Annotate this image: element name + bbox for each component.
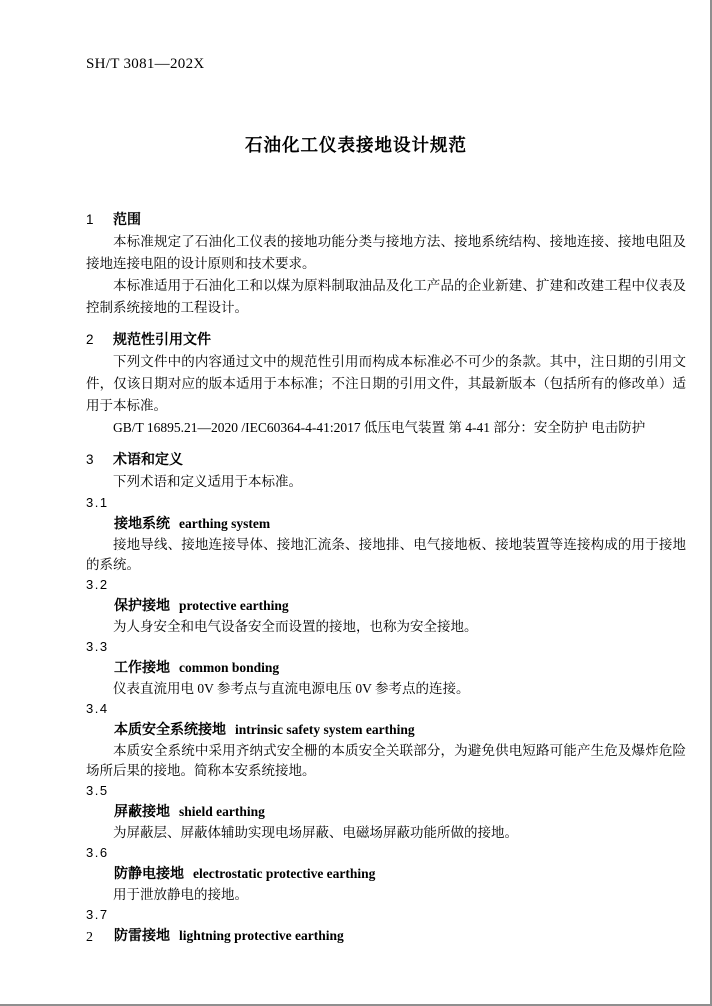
term-chinese: 防静电接地	[114, 865, 184, 881]
term-heading: 接地系统earthing system	[86, 513, 686, 535]
standard-code: SH/T 3081—202X	[86, 54, 686, 74]
term-chinese: 屏蔽接地	[114, 803, 170, 819]
term-definition: 接地导线、接地连接导体、接地汇流条、接地排、电气接地板、接地装置等连接构成的用于…	[86, 535, 686, 575]
term-english: protective earthing	[179, 598, 289, 613]
paragraph: 本标准适用于石油化工和以煤为原料制取油品及化工产品的企业新建、扩建和改建工程中仪…	[86, 275, 686, 319]
section-number: 2	[86, 329, 113, 351]
document-title: 石油化工仪表接地设计规范	[26, 132, 686, 158]
section-title: 范围	[113, 211, 141, 227]
clause-number: 3.3	[86, 637, 686, 657]
term-chinese: 保护接地	[114, 597, 170, 613]
term-definition: 为人身安全和电气设备安全而设置的接地，也称为安全接地。	[86, 617, 686, 637]
term-english: lightning protective earthing	[179, 928, 344, 943]
term-heading: 防雷接地lightning protective earthing	[86, 925, 686, 947]
section-title: 术语和定义	[113, 451, 183, 467]
paragraph: 下列文件中的内容通过文中的规范性引用而构成本标准必不可少的条款。其中，注日期的引…	[86, 351, 686, 417]
clause-number: 3.5	[86, 781, 686, 801]
term-heading: 工作接地common bonding	[86, 657, 686, 679]
term-heading: 本质安全系统接地intrinsic safety system earthing	[86, 719, 686, 741]
term-heading: 屏蔽接地shield earthing	[86, 801, 686, 823]
clause-number: 3.4	[86, 699, 686, 719]
term-definition: 本质安全系统中采用齐纳式安全栅的本质安全关联部分，为避免供电短路可能产生危及爆炸…	[86, 741, 686, 781]
term-chinese: 防雷接地	[114, 927, 170, 943]
document-body: 1范围本标准规定了石油化工仪表的接地功能分类与接地方法、接地系统结构、接地连接、…	[86, 208, 686, 947]
term-english: common bonding	[179, 660, 279, 675]
section-heading: 3术语和定义	[86, 448, 686, 471]
term-chinese: 工作接地	[114, 659, 170, 675]
term-chinese: 本质安全系统接地	[114, 721, 226, 737]
term-english: shield earthing	[179, 804, 265, 819]
term-definition: 仪表直流用电 0V 参考点与直流电源电压 0V 参考点的连接。	[86, 679, 686, 699]
normative-reference: GB/T 16895.21—2020 /IEC60364-4-41:2017 低…	[86, 417, 686, 439]
term-heading: 保护接地protective earthing	[86, 595, 686, 617]
term-definition: 用于泄放静电的接地。	[86, 885, 686, 905]
term-chinese: 接地系统	[114, 515, 170, 531]
clause-number: 3.6	[86, 843, 686, 863]
section-heading: 2规范性引用文件	[86, 328, 686, 351]
term-english: intrinsic safety system earthing	[235, 722, 415, 737]
document-page: SH/T 3081—202X 石油化工仪表接地设计规范 1范围本标准规定了石油化…	[0, 0, 712, 1006]
term-definition: 为屏蔽层、屏蔽体辅助实现电场屏蔽、电磁场屏蔽功能所做的接地。	[86, 823, 686, 843]
section-number: 3	[86, 449, 113, 471]
term-english: electrostatic protective earthing	[193, 866, 375, 881]
paragraph: 本标准规定了石油化工仪表的接地功能分类与接地方法、接地系统结构、接地连接、接地电…	[86, 231, 686, 275]
section-heading: 1范围	[86, 208, 686, 231]
section-number: 1	[86, 209, 113, 231]
term-heading: 防静电接地electrostatic protective earthing	[86, 863, 686, 885]
section-title: 规范性引用文件	[113, 331, 211, 347]
term-english: earthing system	[179, 516, 270, 531]
clause-number: 3.7	[86, 905, 686, 925]
paragraph: 下列术语和定义适用于本标准。	[86, 471, 686, 493]
page-number: 2	[86, 929, 93, 947]
document-content: SH/T 3081—202X 石油化工仪表接地设计规范 1范围本标准规定了石油化…	[86, 54, 686, 947]
clause-number: 3.2	[86, 575, 686, 595]
clause-number: 3.1	[86, 493, 686, 513]
